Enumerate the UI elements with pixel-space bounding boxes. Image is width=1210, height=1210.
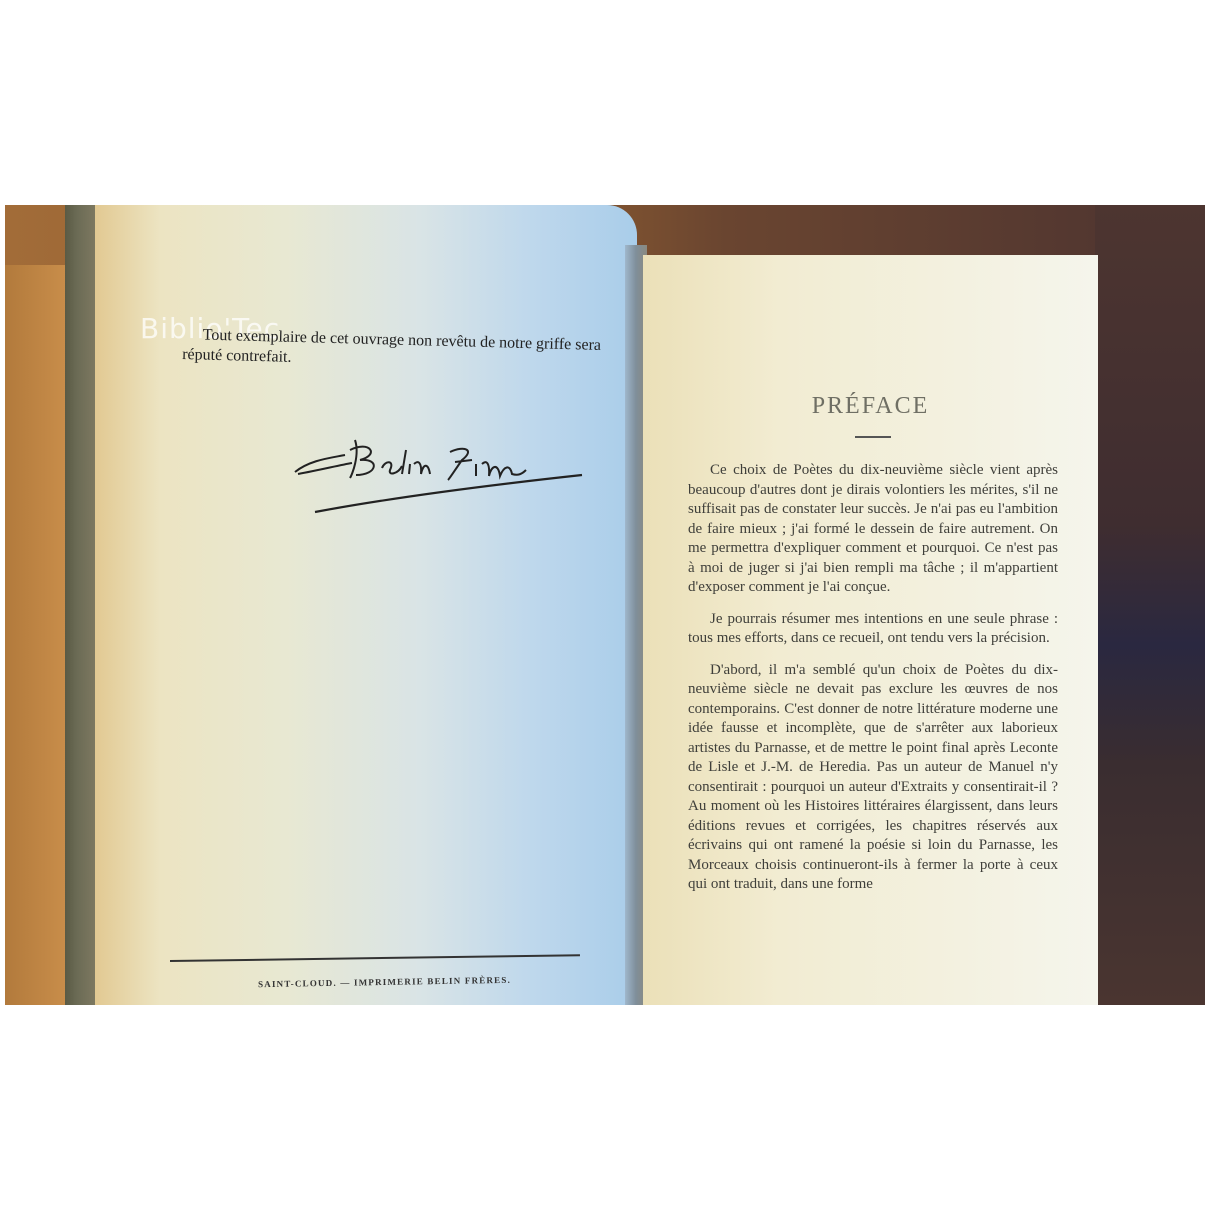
publisher-signature: Belin Frères xyxy=(290,430,590,520)
preface-body: Ce choix de Poètes du dix-neuvième siècl… xyxy=(688,461,1058,907)
preface-paragraph: Je pourrais résumer mes intentions en un… xyxy=(688,610,1058,649)
book-photo: Biblio'Tec Tout exemplaire de cet ouvrag… xyxy=(5,205,1205,1005)
preface-paragraph: Ce choix de Poètes du dix-neuvième siècl… xyxy=(688,461,1058,598)
wooden-table-right xyxy=(1095,205,1205,1005)
preface-heading: PRÉFACE xyxy=(643,393,1098,420)
book-cloth-spine xyxy=(65,205,95,1005)
preface-paragraph: D'abord, il m'a semblé qu'un choix de Po… xyxy=(688,661,1058,895)
heading-rule xyxy=(855,436,891,438)
